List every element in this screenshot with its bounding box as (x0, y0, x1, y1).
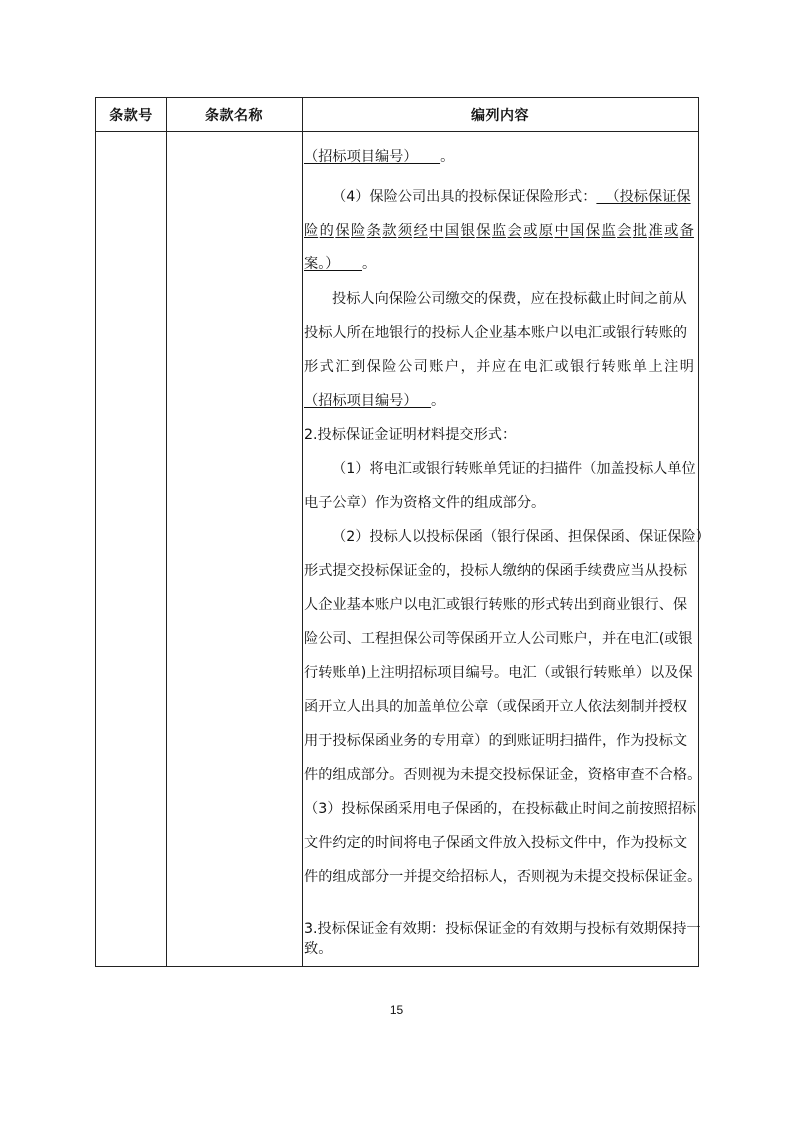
text-char: 账 (617, 357, 631, 377)
text-char: 或 (523, 221, 537, 241)
text-segment: 电子公章）作为资格文件的组成部分。 (304, 495, 545, 511)
text-segment: （1）将电汇或银行转账单凭证的扫描件（加盖投标人单位 (332, 461, 696, 477)
content-line: 件的组成部分。否则视为未提交投标保证金，资格审查不合格。 (304, 765, 701, 785)
content-line: 投标人向保险公司缴交的保费，应在投标截止时间之前从 (332, 289, 687, 309)
text-char: 转 (601, 357, 615, 377)
text-segment: 用于投标保函业务的专用章）的到账证明扫描件，作为投标文 (304, 733, 687, 749)
text-char: 并 (476, 357, 490, 377)
text-char: 到 (351, 357, 365, 377)
text-char: 银 (461, 221, 475, 241)
content-line: （招标项目编号） 。 (304, 147, 454, 167)
text-char: 经 (414, 221, 428, 241)
content-line: 电子公章）作为资格文件的组成部分。 (304, 493, 545, 513)
column-divider-1 (166, 98, 167, 966)
content-line: 行转账单)上注明招标项目编号。电汇（或银行转账单）以及保 (304, 663, 693, 683)
text-char: 银 (570, 357, 584, 377)
content-line: 用于投标保函业务的专用章）的到账证明扫描件，作为投标文 (304, 731, 687, 751)
text-char: 应 (492, 357, 506, 377)
text-char: 原 (539, 221, 553, 241)
content-line: 形式汇到保险公司账户，并应在电汇或银行转账单上注明 (304, 357, 694, 377)
text-char: 或 (555, 357, 569, 377)
content-line: 险公司、工程担保公司等保函开立人公司账户，并在电汇(或银 (304, 629, 693, 649)
text-char: 准 (648, 221, 662, 241)
text-segment: 。 (431, 393, 445, 409)
text-segment: 行转账单)上注明招标项目编号。电汇（或银行转账单）以及保 (304, 665, 693, 681)
content-line: 人企业基本账户以电汇或银行转账的形式转出到商业银行、保 (304, 595, 687, 615)
text-segment: 险公司、工程担保公司等保函开立人公司账户，并在电汇(或银 (304, 631, 693, 647)
text-char: 监 (601, 221, 615, 241)
content-line: 2.投标保证金证明材料提交形式： (304, 425, 516, 445)
text-char: 账 (429, 357, 443, 377)
text-char: 电 (523, 357, 537, 377)
text-segment: 函开立人出具的加盖单位公章（或保函开立人依法刻制并授权 (304, 699, 687, 715)
text-char: 国 (570, 221, 584, 241)
content-line: 致。 (304, 939, 332, 959)
text-char: 监 (492, 221, 506, 241)
content-line: （1）将电汇或银行转账单凭证的扫描件（加盖投标人单位 (332, 459, 696, 479)
content-line: 件的组成部分一并提交给招标人，否则视为未提交投标保证金。 (304, 867, 701, 887)
text-char: 险 (351, 221, 365, 241)
content-line: 案。） 。 (304, 254, 376, 274)
text-char: 备 (680, 221, 694, 241)
text-char: 单 (633, 357, 647, 377)
text-segment: 3.投标保证金有效期：投标保证金的有效期与投标有效期保持一 (304, 921, 701, 937)
clause-table: 条款号 条款名称 编列内容 （招标项目编号） 。（4）保险公司出具的投标保证保险… (95, 97, 699, 967)
content-line: （3）投标保函采用电子保函的，在投标截止时间之前按照招标 (304, 799, 696, 819)
text-char: 形 (304, 357, 318, 377)
text-char: 国 (445, 221, 459, 241)
text-char: 险 (304, 221, 318, 241)
content-line: （2）投标人以投标保函（银行保函、担保保函、保证保险） (332, 527, 710, 547)
content-line: 3.投标保证金有效期：投标保证金的有效期与投标有效期保持一 (304, 919, 701, 939)
text-char: 汇 (335, 357, 349, 377)
text-char: 中 (429, 221, 443, 241)
text-segment: 人企业基本账户以电汇或银行转账的形式转出到商业银行、保 (304, 597, 687, 613)
text-segment: （4）保险公司出具的投标保证保险形式： (332, 189, 596, 205)
content-line: 文件约定的时间将电子保函文件放入投标文件中，作为投标文 (304, 833, 687, 853)
text-char: 上 (648, 357, 662, 377)
underlined-fill-text: 案。） (304, 256, 362, 272)
page-number: 15 (0, 1003, 793, 1017)
text-segment: 件的组成部分。否则视为未提交投标保证金，资格审查不合格。 (304, 767, 701, 783)
text-segment: 2.投标保证金证明材料提交形式： (304, 427, 516, 443)
text-char: 批 (633, 221, 647, 241)
text-char: 公 (398, 357, 412, 377)
content-line: （招标项目编号） 。 (304, 391, 445, 411)
underlined-fill-text: （招标项目编号） (304, 393, 431, 409)
text-char: 汇 (539, 357, 553, 377)
text-char: 户 (445, 357, 459, 377)
text-char: 或 (664, 221, 678, 241)
content-line: 形式提交投标保证金的，投标人缴纳的保函手续费应当从投标 (304, 561, 687, 581)
text-char: 款 (382, 221, 396, 241)
header-clause-number: 条款号 (96, 98, 166, 132)
header-clause-name: 条款名称 (166, 98, 302, 132)
text-char: 会 (508, 221, 522, 241)
text-char: 注 (664, 357, 678, 377)
header-content: 编列内容 (302, 98, 698, 132)
text-segment: 文件约定的时间将电子保函文件放入投标文件中，作为投标文 (304, 835, 687, 851)
text-segment: 。 (362, 256, 376, 272)
text-segment: 。 (440, 149, 454, 165)
text-char: 保 (367, 357, 381, 377)
text-char: 保 (476, 221, 490, 241)
text-char: 在 (508, 357, 522, 377)
text-char: 条 (367, 221, 381, 241)
content-line: （4）保险公司出具的投标保证保险形式： （投标保证保 (332, 187, 691, 207)
text-char: 司 (414, 357, 428, 377)
text-char: 保 (335, 221, 349, 241)
text-char: 中 (555, 221, 569, 241)
underlined-fill-text: （招标项目编号） (304, 149, 440, 165)
text-char: 险 (382, 357, 396, 377)
column-divider-2 (302, 98, 303, 966)
content-line: 险的保险条款须经中国银保监会或原中国保监会批准或备 (304, 221, 694, 241)
text-segment: 致。 (304, 941, 332, 957)
text-char: ， (461, 357, 475, 377)
text-char: 式 (320, 357, 334, 377)
text-segment: （3）投标保函采用电子保函的，在投标截止时间之前按照招标 (304, 801, 696, 817)
content-line: 函开立人出具的加盖单位公章（或保函开立人依法刻制并授权 (304, 697, 687, 717)
text-segment: 投标人向保险公司缴交的保费，应在投标截止时间之前从 (332, 291, 687, 307)
text-char: 保 (586, 221, 600, 241)
text-segment: 件的组成部分一并提交给招标人，否则视为未提交投标保证金。 (304, 869, 701, 885)
content-line: 投标人所在地银行的投标人企业基本账户以电汇或银行转账的 (304, 323, 687, 343)
text-segment: （2）投标人以投标保函（银行保函、担保保函、保证保险） (332, 529, 710, 545)
text-segment: 投标人所在地银行的投标人企业基本账户以电汇或银行转账的 (304, 325, 687, 341)
text-char: 明 (680, 357, 694, 377)
text-segment: 形式提交投标保证金的，投标人缴纳的保函手续费应当从投标 (304, 563, 687, 579)
text-char: 的 (320, 221, 334, 241)
text-char: 会 (617, 221, 631, 241)
text-char: 须 (398, 221, 412, 241)
underlined-fill-text: （投标保证保 (596, 189, 690, 205)
text-char: 行 (586, 357, 600, 377)
